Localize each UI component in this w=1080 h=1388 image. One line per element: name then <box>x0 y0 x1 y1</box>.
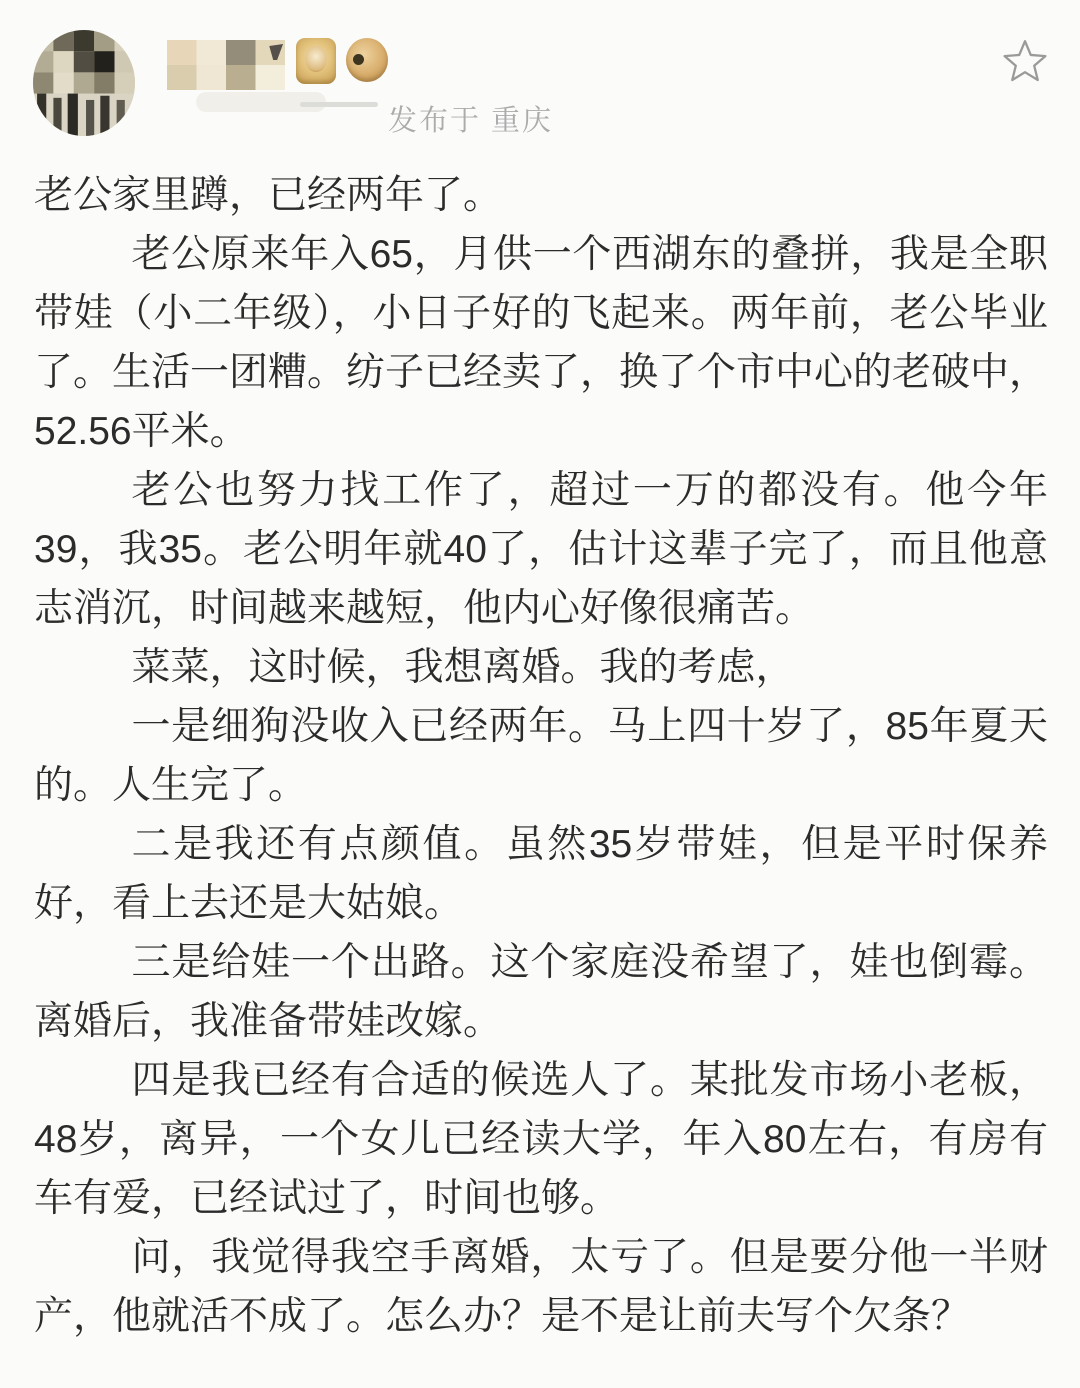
post-paragraph: 问，我觉得我空手离婚，太亏了。但是要分他一半财产，他就活不成了。怎么办？是不是让… <box>34 1228 1048 1346</box>
post-page: 发布于 重庆 老公家里蹲，已经两年了。 老公原来年入65，月供一个西湖东的叠拼，… <box>0 0 1080 1388</box>
gold-coin-badge-icon <box>346 38 388 82</box>
post-paragraph: 菜菜，这时候，我想离婚。我的考虑， <box>34 638 1048 697</box>
post-paragraph: 老公也努力找工作了，超过一万的都没有。他今年39，我35。老公明年就40了，估计… <box>34 461 1048 638</box>
post-paragraph: 一是细狗没收入已经两年。马上四十岁了，85年夏天的。人生完了。 <box>34 697 1048 815</box>
post-location: 发布于 重庆 <box>388 98 553 139</box>
post-paragraph: 二是我还有点颜值。虽然35岁带娃，但是平时保养好，看上去还是大姑娘。 <box>34 815 1048 933</box>
collect-star-icon[interactable] <box>1002 38 1048 84</box>
post-paragraph: 四是我已经有合适的候选人了。某批发市场小老板，48岁，离异，一个女儿已经读大学，… <box>34 1051 1048 1228</box>
post-paragraph: 三是给娃一个出路。这个家庭没希望了，娃也倒霉。离婚后，我准备带娃改嫁。 <box>34 933 1048 1051</box>
username-masked[interactable] <box>167 40 285 90</box>
post-paragraph: 老公原来年入65，月供一个西湖东的叠拼，我是全职带娃（小二年级），小日子好的飞起… <box>34 225 1048 461</box>
avatar[interactable] <box>33 30 135 136</box>
gold-medal-badge-icon <box>296 38 336 84</box>
avatar-mosaic <box>33 30 135 136</box>
username-mosaic <box>167 40 285 90</box>
badge-underline <box>300 102 378 107</box>
post-body: 老公家里蹲，已经两年了。 老公原来年入65，月供一个西湖东的叠拼，我是全职带娃（… <box>34 166 1048 1346</box>
post-paragraph: 老公家里蹲，已经两年了。 <box>34 166 1048 225</box>
